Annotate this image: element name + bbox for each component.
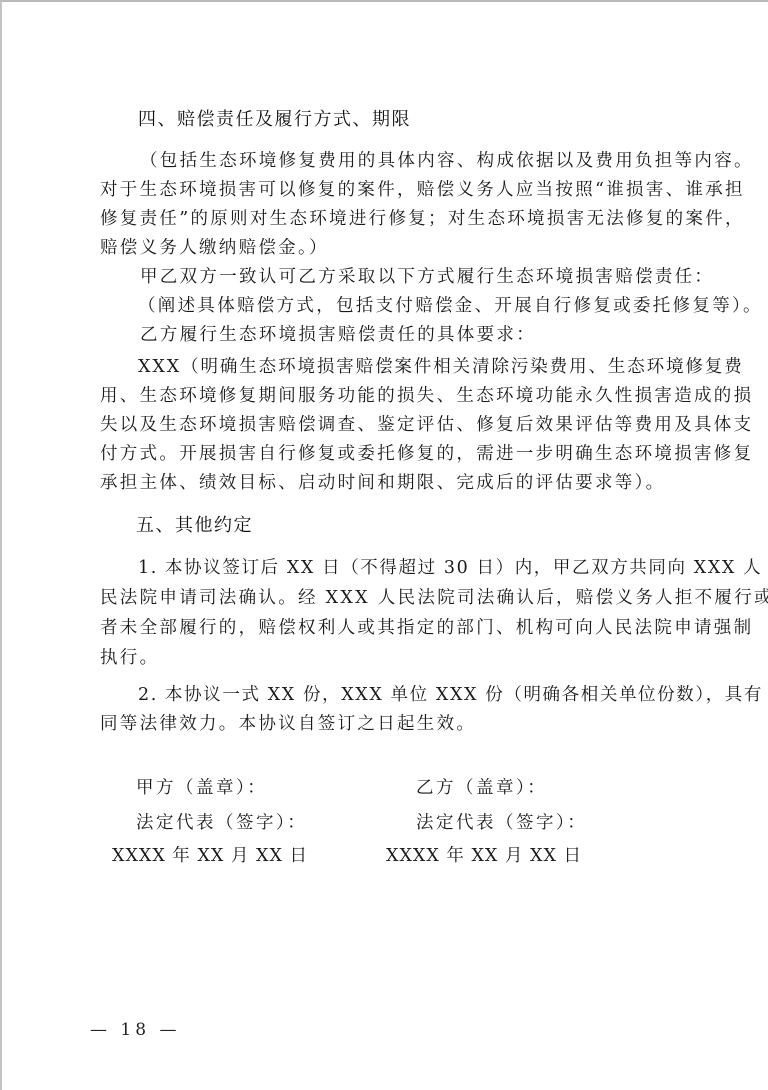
party-b-seal: 乙方（盖章）： (416, 777, 547, 799)
method-note: （阐述具体赔偿方式，包括支付赔偿金、开展自行修复或委托修复等）。 (138, 295, 763, 317)
section-4-note-line: 修复责任”的原则对生态环境进行修复；对生态环境损害无法修复的案件， (100, 208, 704, 230)
party-a-seal: 甲方（盖章）： (136, 777, 267, 799)
clause-1-line: 1. 本协议签订后 XX 日（不得超过 30 日）内，甲乙双方共同向 XXX 人 (138, 557, 762, 579)
document-page: 四、赔偿责任及履行方式、期限 （包括生态环境修复费用的具体内容、构成依据以及费用… (2, 2, 768, 1090)
section-5-heading: 五、其他约定 (136, 515, 253, 537)
section-4-note-line: 对于生态环境损害可以修复的案件，赔偿义务人应当按照“谁损害、谁承担 (100, 179, 704, 201)
section-4-note-line: （包括生态环境修复费用的具体内容、构成依据以及费用负担等内容。 (140, 150, 754, 172)
requirements-line: 失以及生态环境损害赔偿调查、鉴定评估、修复后效果评估等费用及具体支 (100, 414, 704, 436)
section-4-note-line: 赔偿义务人缴纳赔偿金。） (100, 237, 329, 259)
clause-2-line: 2. 本协议一式 XX 份，XXX 单位 XXX 份（明确各相关单位份数），具有 (138, 684, 763, 706)
requirements-line: 用、生态环境修复期间服务功能的损失、生态环境功能永久性损害造成的损 (100, 385, 704, 407)
party-b-date: XXXX 年 XX 月 XX 日 (386, 845, 582, 867)
requirements-intro: 乙方履行生态环境损害赔偿责任的具体要求： (140, 324, 536, 346)
clause-1-line: 民法院申请司法确认。经 XXX 人民法院司法确认后，赔偿义务人拒不履行或 (100, 587, 704, 609)
requirements-line: 承担主体、绩效目标、启动时间和期限、完成后的评估要求等）。 (100, 472, 665, 494)
section-4-heading: 四、赔偿责任及履行方式、期限 (138, 109, 411, 131)
requirements-line: 付方式。开展损害自行修复或委托修复的，需进一步明确生态环境损害修复 (100, 443, 704, 465)
party-a-representative: 法定代表（签字）： (136, 812, 307, 834)
clause-2-line: 同等法律效力。本协议自签订之日起生效。 (100, 713, 476, 735)
party-a-date: XXXX 年 XX 月 XX 日 (112, 845, 308, 867)
clause-1-line: 执行。 (100, 647, 159, 669)
party-b-representative: 法定代表（签字）： (416, 812, 587, 834)
clause-1-line: 者未全部履行的，赔偿权利人或其指定的部门、机构可向人民法院申请强制 (100, 617, 704, 639)
agreement-text: 甲乙双方一致认可乙方采取以下方式履行生态环境损害赔偿责任： (140, 266, 714, 288)
requirements-line: XXX（明确生态环境损害赔偿案件相关清除污染费用、生态环境修复费 (138, 356, 744, 378)
page-number: — 18 — (90, 1020, 180, 1040)
